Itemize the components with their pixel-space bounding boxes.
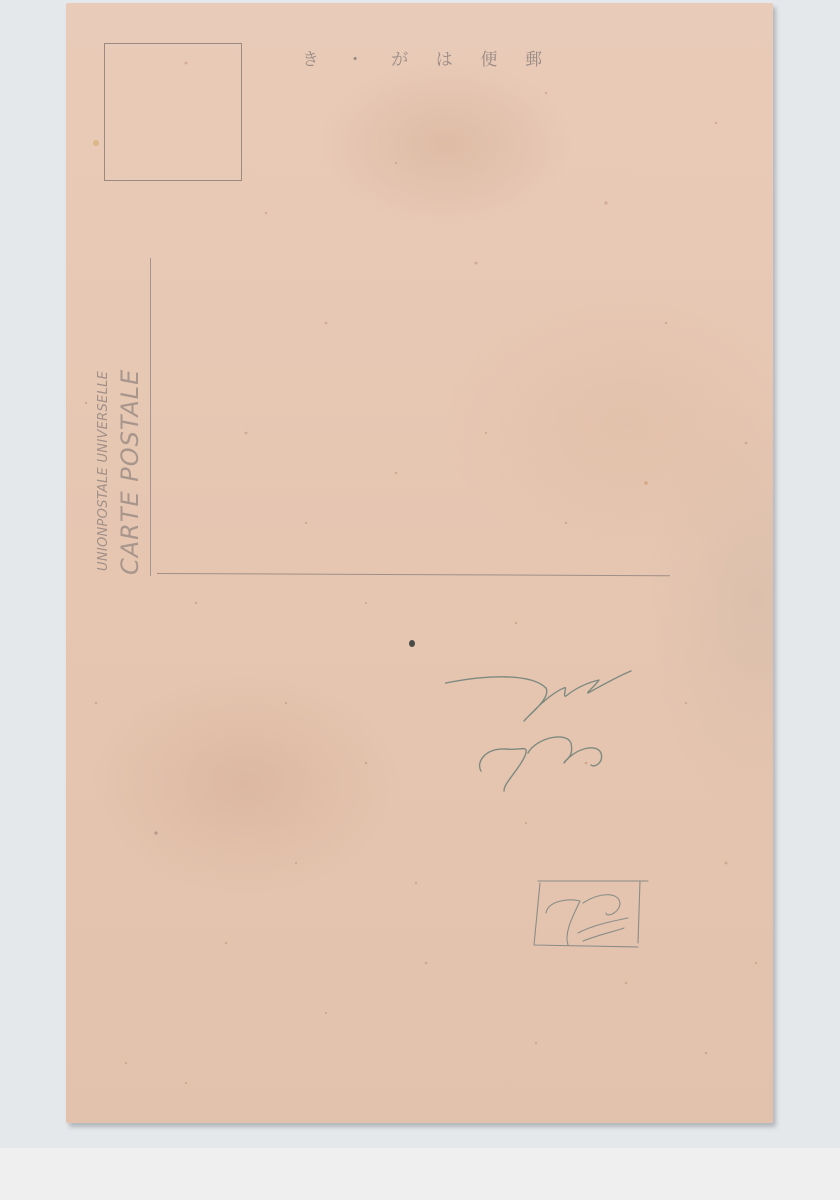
stamp-placement-box (104, 43, 242, 181)
header-char: き (302, 45, 319, 70)
postcard-back: き ・ が は 便 郵 UNIONPOSTALE UNIVERSELLE CAR… (66, 3, 773, 1123)
horizontal-divider-line (157, 573, 670, 576)
vertical-caption-group: UNIONPOSTALE UNIVERSELLE CARTE POSTALE (94, 255, 150, 581)
carte-postale-caption: CARTE POSTALE (116, 255, 144, 575)
header-char: 便 (480, 45, 497, 70)
bottom-strip (0, 1148, 840, 1200)
header-char: 郵 (525, 45, 542, 70)
ink-spot (409, 640, 415, 647)
japanese-header-yubin-hagaki: き ・ が は 便 郵 (302, 45, 542, 69)
header-char: は (436, 45, 453, 70)
upu-caption: UNIONPOSTALE UNIVERSELLE (96, 255, 114, 571)
header-char: ・ (347, 45, 364, 70)
pencil-boxed-mark-icon (528, 873, 658, 958)
pencil-signature-icon (436, 663, 646, 803)
header-char: が (391, 45, 408, 70)
vertical-divider-line (150, 258, 151, 576)
